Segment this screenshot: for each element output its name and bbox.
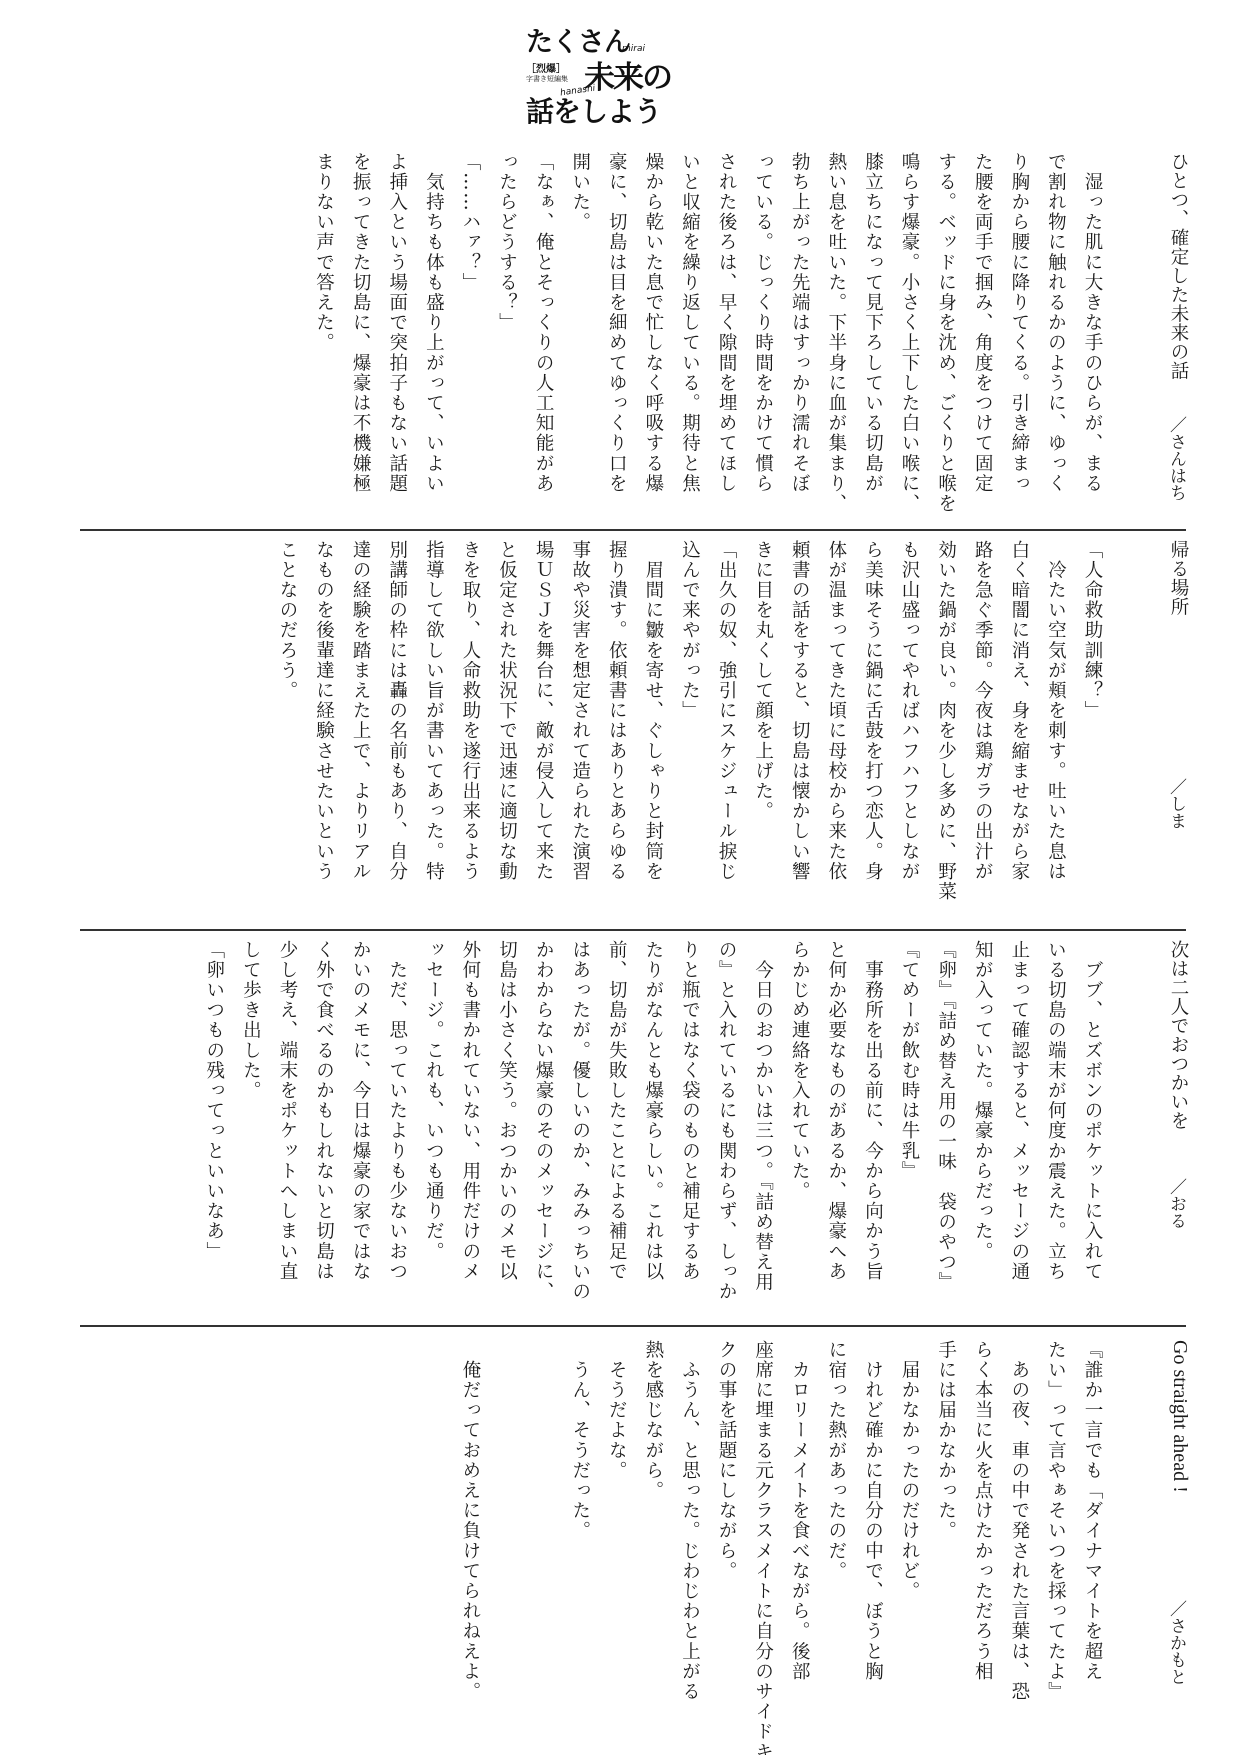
text-line: 路を急ぐ季節。今夜は鶏ガラの出汁が (964, 540, 1001, 860)
story-body: 「人命救助訓練？」 冷たい空気が頬を刺す。吐いた息は 白く暗闇に消え、身を縮ませ… (268, 540, 1110, 860)
text-line: かいのメモに、今日は爆豪の家ではな (342, 940, 379, 1270)
text-line: ら美味そうに鍋に舌鼓を打つ恋人。身 (854, 540, 891, 860)
text-line: 効いた鍋が良い。肉を少し多めに、野菜 (927, 540, 964, 860)
story-title: Go straight ahead ! (1166, 1340, 1194, 1493)
book-logo: たくさん mirai ［烈爆］ 字書き短編集 未来の 話をしよう hanashi (526, 20, 656, 125)
text-line: きに目を丸くして顔を上げた。 (744, 540, 781, 860)
text-line: 込んで来やがった」 (671, 540, 708, 860)
text-line: かわからない爆豪のそのメッセージに、 (525, 940, 562, 1270)
text-line: 眉間に皺を寄せ、ぐしゃりと封筒を (634, 540, 671, 860)
text-line: 熱を感じながら。 (634, 1340, 671, 1740)
story-4: Go straight ahead ! ／さかもと 『誰か一言でも「ダイナマイト… (80, 1340, 1186, 1740)
text-line: っている。じっくり時間をかけて慣ら (744, 152, 781, 472)
text-line: らく本当に火を点けたかっただろう相 (964, 1340, 1001, 1740)
text-line: 握り潰す。依頼書にはありとあらゆる (598, 540, 635, 860)
text-line: けれど確かに自分の中で、ぼうと胸 (854, 1340, 891, 1740)
text-line: 手には届かなかった。 (927, 1340, 964, 1740)
text-line: 達の経験を踏まえた上で、よりリアル (342, 540, 379, 860)
text-line: 「出久の奴、強引にスケジュール捩じ (707, 540, 744, 860)
text-line: 冷たい空気が頬を刺す。吐いた息は (1037, 540, 1074, 860)
text-line: 白く暗闇に消え、身を縮ませながら家 (1000, 540, 1037, 860)
text-line: 豪に、切島は目を細めてゆっくり口を (598, 152, 635, 472)
text-line: 鳴らす爆豪。小さく上下した白い喉に、 (890, 152, 927, 472)
text-line: 頼書の話をすると、切島は懐かしい響 (781, 540, 818, 860)
text-line: 『卵』『詰め替え用の一味 袋のやつ』 (927, 940, 964, 1270)
section-divider (80, 1325, 1186, 1327)
text-line: して歩き出した。 (232, 940, 269, 1270)
story-author: ／さかもと (1162, 1600, 1190, 1685)
text-line: ブブ、とズボンのポケットに入れて (1073, 940, 1110, 1270)
text-line: いる切島の端末が何度か震えた。立ち (1037, 940, 1074, 1270)
text-line: 事故や災害を想定されて造られた演習 (561, 540, 598, 860)
text-line: 膝立ちになって見下ろしている切島が (854, 152, 891, 472)
text-line: いと収縮を繰り返している。期待と焦 (671, 152, 708, 472)
text-line: 事務所を出る前に、今から向かう旨 (854, 940, 891, 1270)
text-line: 俺だっておめえに負けてられねえよ。 (451, 1340, 488, 1740)
story-1: ひとつ、確定した未来の話 ／さんはち 湿った肌に大きな手のひらが、まる で割れ物… (80, 140, 1186, 470)
text-line: 知が入っていた。爆豪からだった。 (964, 940, 1001, 1270)
text-line: そうだよな。 (598, 1340, 635, 1740)
logo-line-3: 話をしよう (526, 90, 661, 130)
text-line: に宿った熱があったのだ。 (817, 1340, 854, 1740)
text-line (525, 1340, 562, 1740)
text-line: うん、そうだった。 (561, 1340, 598, 1740)
text-line: たい」って言やぁそいつを採ってたよ』 (1037, 1340, 1074, 1740)
text-line: らかじめ連絡を入れていた。 (781, 940, 818, 1270)
text-line: 体が温まってきた頃に母校から来た依 (817, 540, 854, 860)
text-line: 開いた。 (561, 152, 598, 472)
story-body: 湿った肌に大きな手のひらが、まる で割れ物に触れるかのように、ゆっく り胸から腰… (305, 152, 1110, 472)
text-line: カロリーメイトを食べながら。後部 (781, 1340, 818, 1740)
text-line: 熱い息を吐いた。下半身に血が集まり、 (817, 152, 854, 472)
text-line: く外で食べるのかもしれないと切島は (305, 940, 342, 1270)
text-line: ったらどうする？」 (488, 152, 525, 472)
text-line: 別講師の枠には轟の名前もあり、自分 (378, 540, 415, 860)
text-line: を振ってきた切島に、爆豪は不機嫌極 (342, 152, 379, 472)
story-title: ひとつ、確定した未来の話 (1164, 152, 1192, 380)
story-body: ブブ、とズボンのポケットに入れて いる切島の端末が何度か震えた。立ち 止まって確… (195, 940, 1110, 1270)
text-line: たりがなんとも爆豪らしい。これは以 (634, 940, 671, 1270)
text-line: 止まって確認すると、メッセージの通 (1000, 940, 1037, 1270)
text-line: の』と入れているにも関わらず、しっか (707, 940, 744, 1270)
text-line: まりない声で答えた。 (305, 152, 342, 472)
text-line: きを取り、人命救助を遂行出来るよう (451, 540, 488, 860)
text-line: 今日のおつかいは三つ。『詰め替え用 (744, 940, 781, 1270)
text-line: と何か必要なものがあるか、爆豪へあ (817, 940, 854, 1270)
text-line: はあったが。優しいのか、みみっちいの (561, 940, 598, 1270)
story-author: ／さんはち (1162, 416, 1190, 501)
logo-bracket: ［烈爆］ (526, 60, 566, 75)
text-line: 『誰か一言でも「ダイナマイトを超え (1073, 1340, 1110, 1740)
text-line: 外何も書かれていない、用件だけのメ (451, 940, 488, 1270)
text-line: た腰を両手で掴み、角度をつけて固定 (964, 152, 1001, 472)
text-line: 「人命救助訓練？」 (1073, 540, 1110, 860)
text-line: 勃ち上がった先端はすっかり濡れそぼ (781, 152, 818, 472)
text-line: も沢山盛ってやればハフハフとしなが (890, 540, 927, 860)
text-line: りと瓶ではなく袋のものと補足するあ (671, 940, 708, 1270)
section-divider (80, 529, 1186, 531)
text-line: ッセージ。これも、いつも通りだ。 (415, 940, 452, 1270)
logo-subtitle: 字書き短編集 (526, 74, 568, 84)
story-author: ／おる (1162, 1178, 1190, 1229)
story-title: 次は二人でおつかいを (1164, 940, 1192, 1130)
text-line: 座席に埋まる元クラスメイトに自分のサイドキッ (744, 1340, 781, 1740)
story-2: 帰る場所 ／しま 「人命救助訓練？」 冷たい空気が頬を刺す。吐いた息は 白く暗闇… (80, 540, 1186, 830)
text-line: ただ、思っていたよりも少ないおつ (378, 940, 415, 1270)
text-line: する。ベッドに身を沈め、ごくりと喉を (927, 152, 964, 472)
text-line: ことなのだろう。 (268, 540, 305, 860)
text-line: 「なぁ、俺とそっくりの人工知能があ (525, 152, 562, 472)
text-line: 指導して欲しい旨が書いてあった。特 (415, 540, 452, 860)
text-line: された後ろは、早く隙間を埋めてほし (707, 152, 744, 472)
text-line: 届かなかったのだけれど。 (890, 1340, 927, 1740)
text-line: 燥から乾いた息で忙しなく呼吸する爆 (634, 152, 671, 472)
text-line: よ挿入という場面で突拍子もない話題 (378, 152, 415, 472)
text-line: 湿った肌に大きな手のひらが、まる (1073, 152, 1110, 472)
story-title: 帰る場所 (1164, 540, 1192, 616)
story-author: ／しま (1162, 778, 1190, 829)
text-line: 少し考え、端末をポケットへしまい直 (268, 940, 305, 1270)
text-line: 「卵いつもの残ってっといいなあ」 (195, 940, 232, 1270)
text-line: で割れ物に触れるかのように、ゆっく (1037, 152, 1074, 472)
text-line (488, 1340, 525, 1740)
text-line: 場ＵＳＪを舞台に、敵が侵入して来た (525, 540, 562, 860)
story-body: 『誰か一言でも「ダイナマイトを超え たい」って言やぁそいつを採ってたよ』 あの夜… (451, 1340, 1110, 1740)
section-divider (80, 929, 1186, 931)
text-line: なものを後輩達に経験させたいという (305, 540, 342, 860)
text-line: あの夜、車の中で発された言葉は、恐 (1000, 1340, 1037, 1740)
text-line: クの事を話題にしながら。 (707, 1340, 744, 1740)
text-line: 気持ちも体も盛り上がって、いよい (415, 152, 452, 472)
text-line: 『てめーが飲む時は牛乳』 (890, 940, 927, 1270)
text-line: 前、切島が失敗したことによる補足で (598, 940, 635, 1270)
text-line: と仮定された状況下で迅速に適切な動 (488, 540, 525, 860)
text-line: ふうん、と思った。じわじわと上がる (671, 1340, 708, 1740)
text-line: 「……ハァ？」 (451, 152, 488, 472)
text-line: 切島は小さく笑う。おつかいのメモ以 (488, 940, 525, 1270)
text-line: り胸から腰に降りてくる。引き締まっ (1000, 152, 1037, 472)
story-3: 次は二人でおつかいを ／おる ブブ、とズボンのポケットに入れて いる切島の端末が… (80, 940, 1186, 1270)
